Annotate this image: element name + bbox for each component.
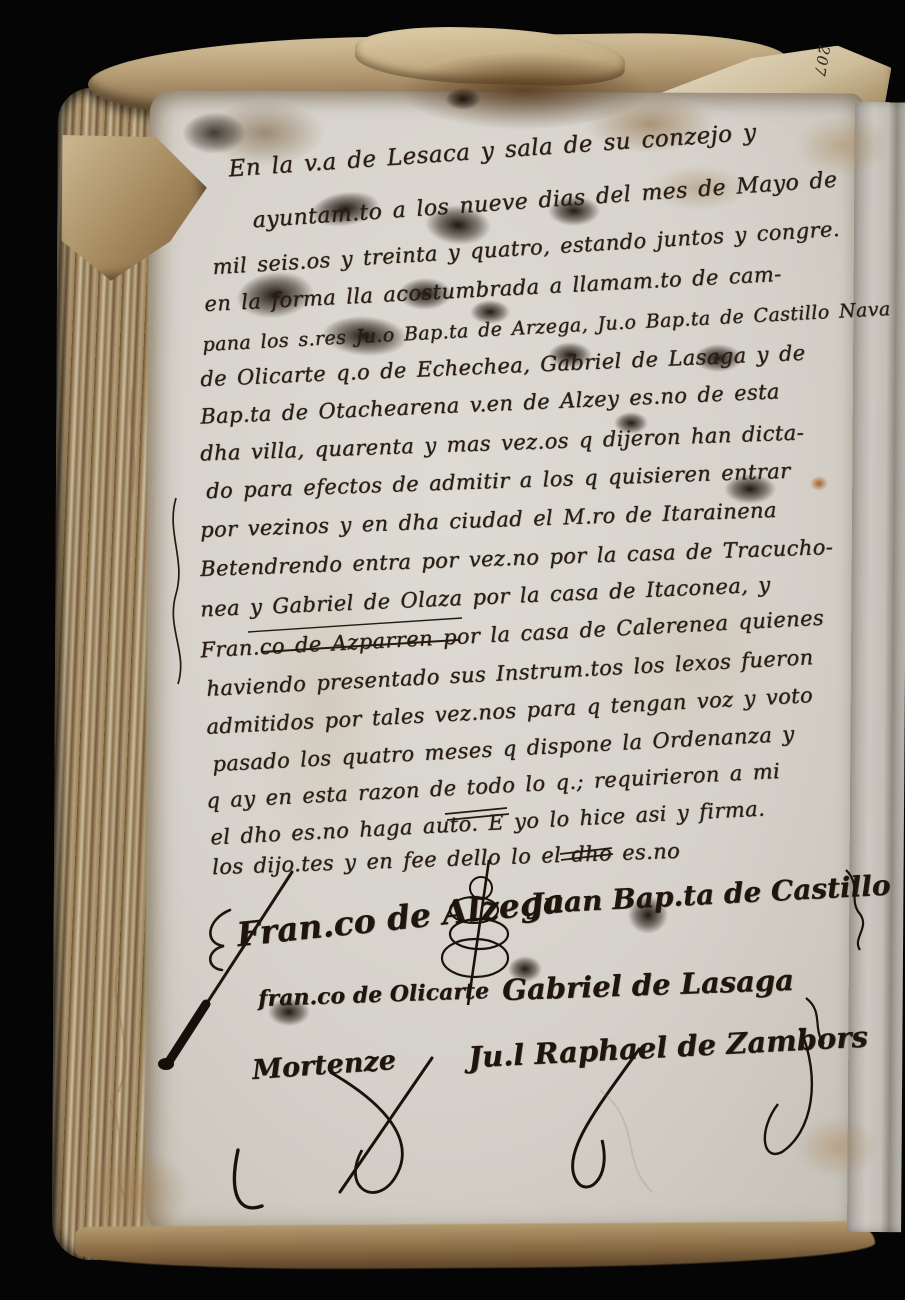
adjacent-page-edge bbox=[847, 102, 905, 1232]
page-bottom-deckle-edge bbox=[75, 1221, 875, 1271]
photo-of-manuscript-page: 207 En la v.a de Lesaca y sala de su con… bbox=[0, 0, 905, 1300]
